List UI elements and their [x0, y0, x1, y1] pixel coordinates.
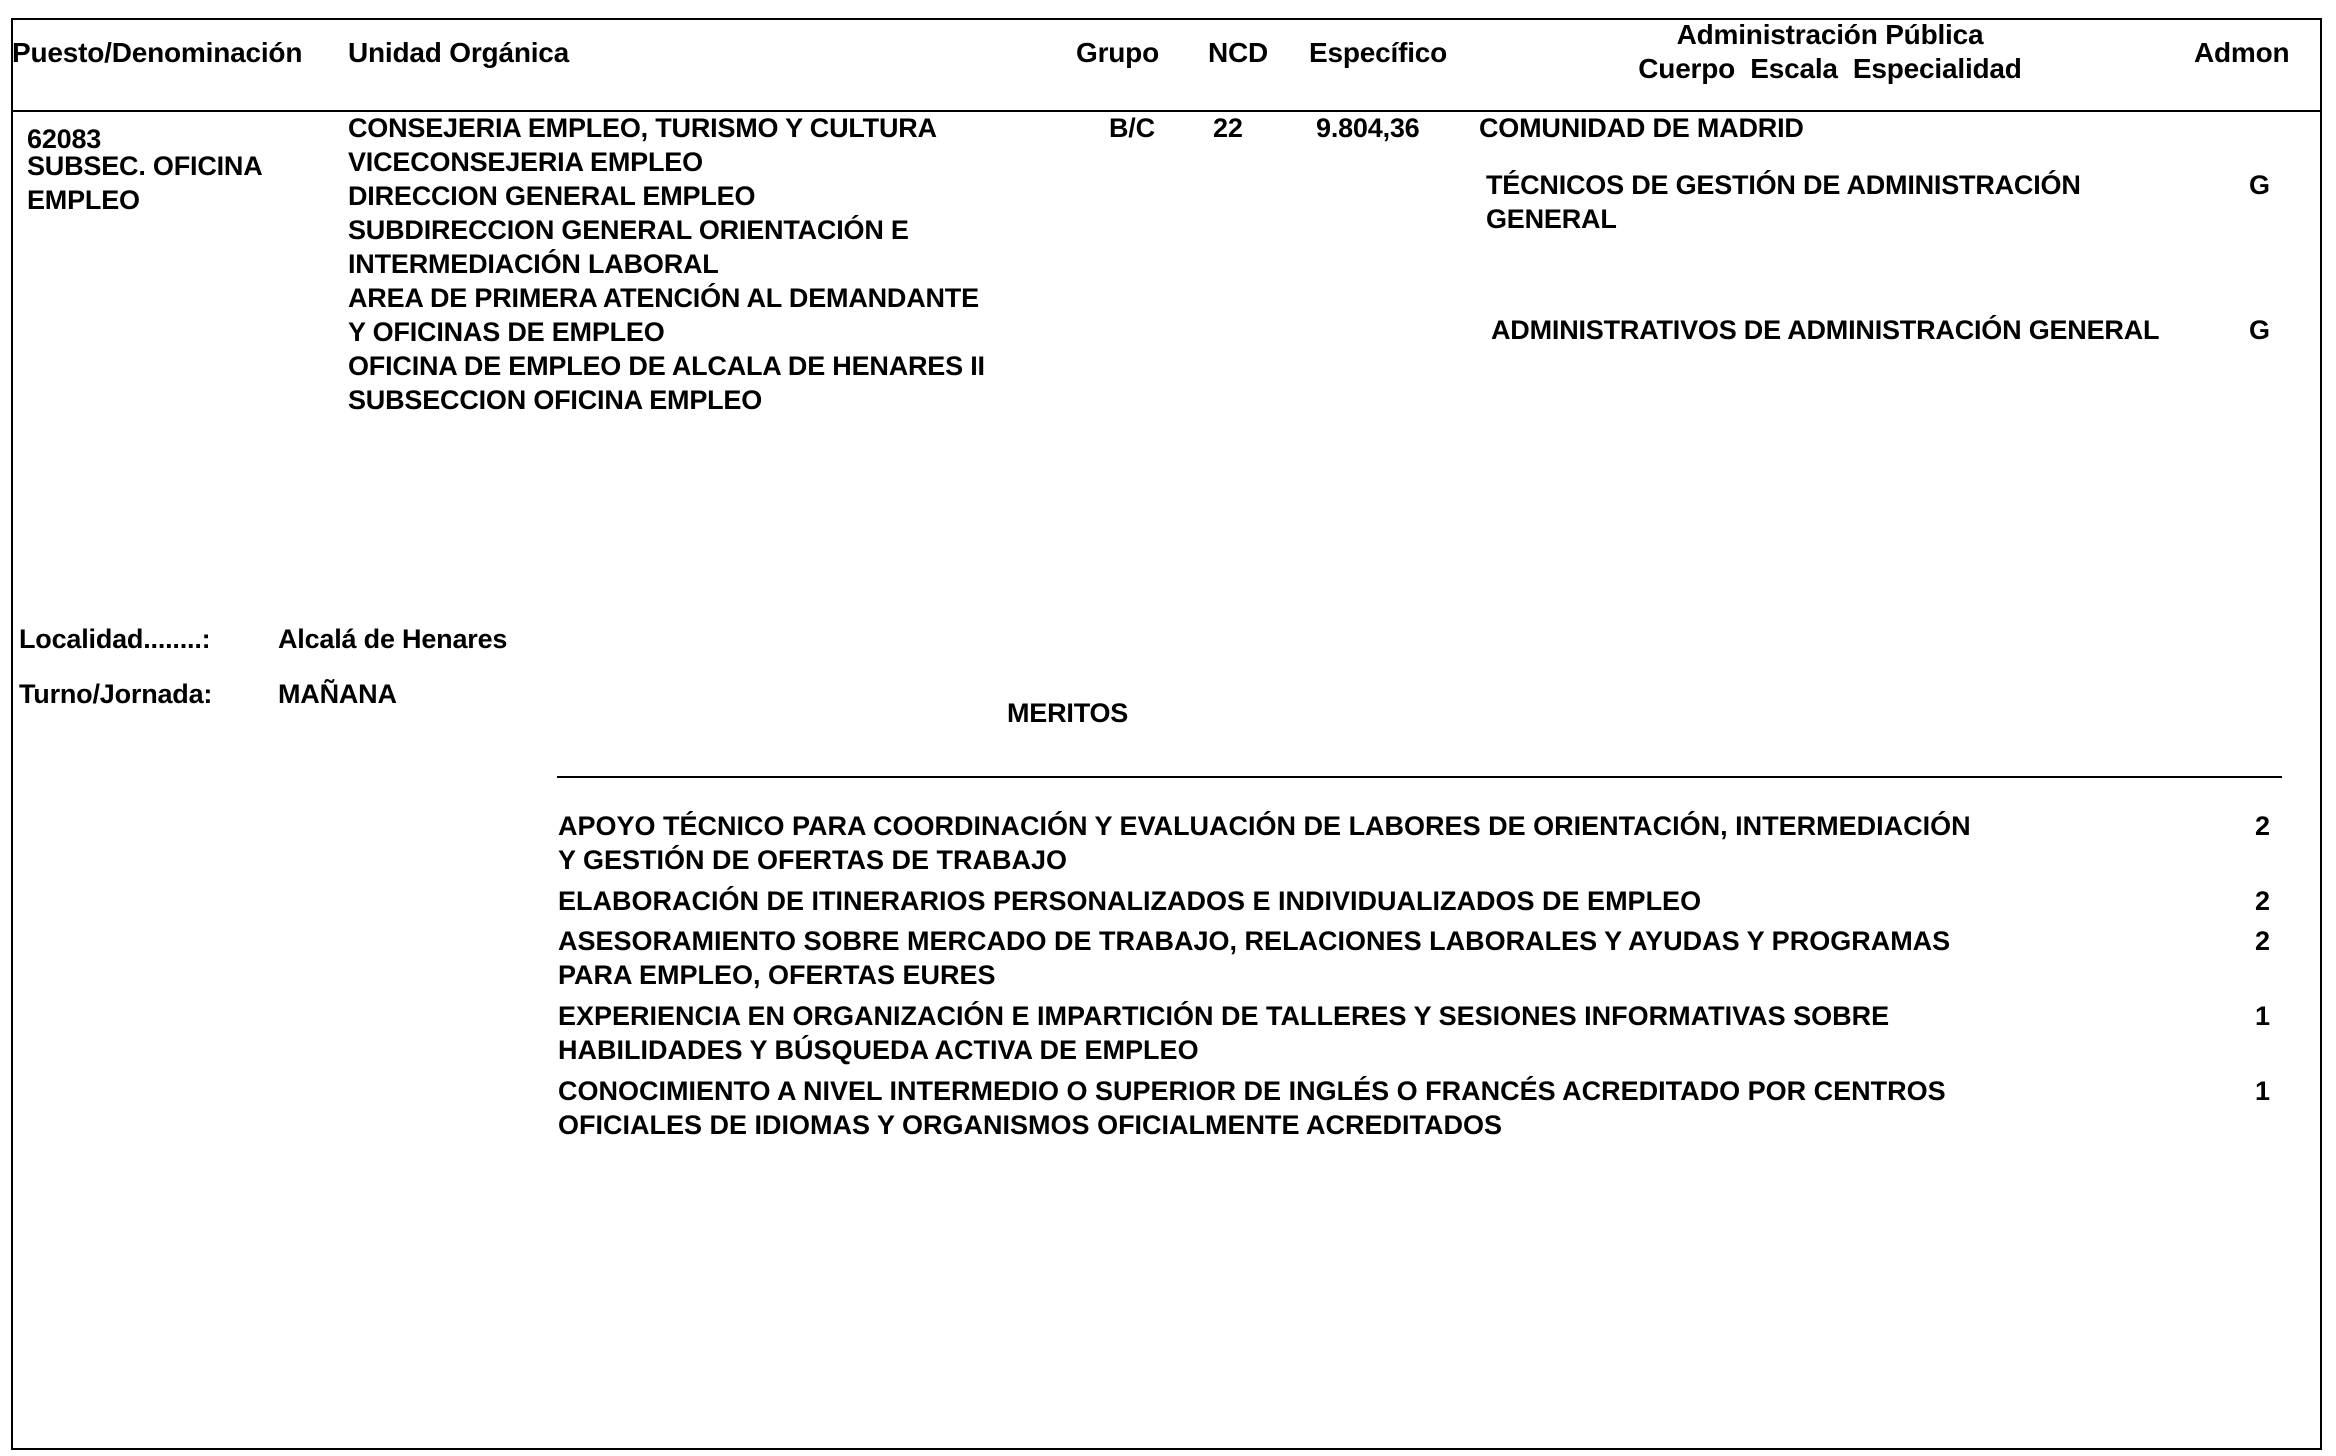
merito-line: PARA EMPLEO, OFERTAS EURES — [558, 958, 1950, 992]
grupo-value: B/C — [1109, 111, 1155, 145]
denominacion-line: SUBSEC. OFICINA — [27, 149, 263, 183]
merito-line: HABILIDADES Y BÚSQUEDA ACTIVA DE EMPLEO — [558, 1033, 1889, 1067]
merito-line: Y GESTIÓN DE OFERTAS DE TRABAJO — [558, 843, 1971, 877]
merito-line: EXPERIENCIA EN ORGANIZACIÓN E IMPARTICIÓ… — [558, 999, 1889, 1033]
unidad-line: Y OFICINAS DE EMPLEO — [348, 315, 985, 349]
unidad-line: DIRECCION GENERAL EMPLEO — [348, 179, 985, 213]
merito-item: ELABORACIÓN DE ITINERARIOS PERSONALIZADO… — [558, 884, 1701, 918]
header-ncd: NCD — [1208, 36, 1268, 70]
header-grupo: Grupo — [1076, 36, 1159, 70]
merito-item: APOYO TÉCNICO PARA COORDINACIÓN Y EVALUA… — [558, 809, 1971, 877]
cuerpo-line: TÉCNICOS DE GESTIÓN DE ADMINISTRACIÓN — [1486, 168, 2081, 202]
localidad-label: Localidad........: — [19, 622, 210, 656]
unidad-line: CONSEJERIA EMPLEO, TURISMO Y CULTURA — [348, 111, 985, 145]
header-especifico: Específico — [1309, 36, 1447, 70]
merito-line: ELABORACIÓN DE ITINERARIOS PERSONALIZADO… — [558, 884, 1701, 918]
merito-line: APOYO TÉCNICO PARA COORDINACIÓN Y EVALUA… — [558, 809, 1971, 843]
merito-item: ASESORAMIENTO SOBRE MERCADO DE TRABAJO, … — [558, 924, 1950, 992]
merito-item: CONOCIMIENTO A NIVEL INTERMEDIO O SUPERI… — [558, 1074, 1946, 1142]
merito-puntos: 1 — [2255, 999, 2270, 1033]
merito-line: ASESORAMIENTO SOBRE MERCADO DE TRABAJO, … — [558, 924, 1950, 958]
cuerpo-2: ADMINISTRATIVOS DE ADMINISTRACIÓN GENERA… — [1491, 313, 2159, 347]
ncd-value: 22 — [1213, 111, 1243, 145]
header-puesto: Puesto/Denominación — [12, 36, 302, 70]
unidad-line: INTERMEDIACIÓN LABORAL — [348, 247, 985, 281]
cuerpo-1-admon: G — [2249, 168, 2270, 202]
header-admon: Admon — [2194, 36, 2289, 70]
meritos-rule — [557, 776, 2282, 778]
merito-line: CONOCIMIENTO A NIVEL INTERMEDIO O SUPERI… — [558, 1074, 1946, 1108]
merito-puntos: 2 — [2255, 924, 2270, 958]
header-cuerpo-escala: Cuerpo Escala Especialidad — [1580, 52, 2080, 86]
merito-puntos: 2 — [2255, 809, 2270, 843]
merito-line: OFICIALES DE IDIOMAS Y ORGANISMOS OFICIA… — [558, 1108, 1946, 1142]
cuerpo-line: GENERAL — [1486, 202, 2081, 236]
merito-puntos: 1 — [2255, 1074, 2270, 1108]
unidad-organica: CONSEJERIA EMPLEO, TURISMO Y CULTURA VIC… — [348, 111, 985, 417]
turno-label: Turno/Jornada: — [19, 677, 212, 711]
cuerpo-1: TÉCNICOS DE GESTIÓN DE ADMINISTRACIÓN GE… — [1486, 168, 2081, 236]
merito-puntos: 2 — [2255, 884, 2270, 918]
unidad-line: SUBDIRECCION GENERAL ORIENTACIÓN E — [348, 213, 985, 247]
unidad-line: SUBSECCION OFICINA EMPLEO — [348, 383, 985, 417]
unidad-line: VICECONSEJERIA EMPLEO — [348, 145, 985, 179]
header-unidad: Unidad Orgánica — [348, 36, 569, 70]
meritos-title: MERITOS — [1007, 696, 1128, 730]
unidad-line: OFICINA DE EMPLEO DE ALCALA DE HENARES I… — [348, 349, 985, 383]
unidad-line: AREA DE PRIMERA ATENCIÓN AL DEMANDANTE — [348, 281, 985, 315]
localidad-value: Alcalá de Henares — [278, 622, 507, 656]
puesto-denominacion: SUBSEC. OFICINA EMPLEO — [27, 149, 263, 217]
merito-item: EXPERIENCIA EN ORGANIZACIÓN E IMPARTICIÓ… — [558, 999, 1889, 1067]
denominacion-line: EMPLEO — [27, 183, 263, 217]
administracion-value: COMUNIDAD DE MADRID — [1479, 111, 1804, 145]
cuerpo-2-admon: G — [2249, 313, 2270, 347]
especifico-value: 9.804,36 — [1316, 111, 1420, 145]
turno-value: MAÑANA — [278, 677, 397, 711]
header-admin-publica: Administración Pública — [1580, 18, 2080, 52]
